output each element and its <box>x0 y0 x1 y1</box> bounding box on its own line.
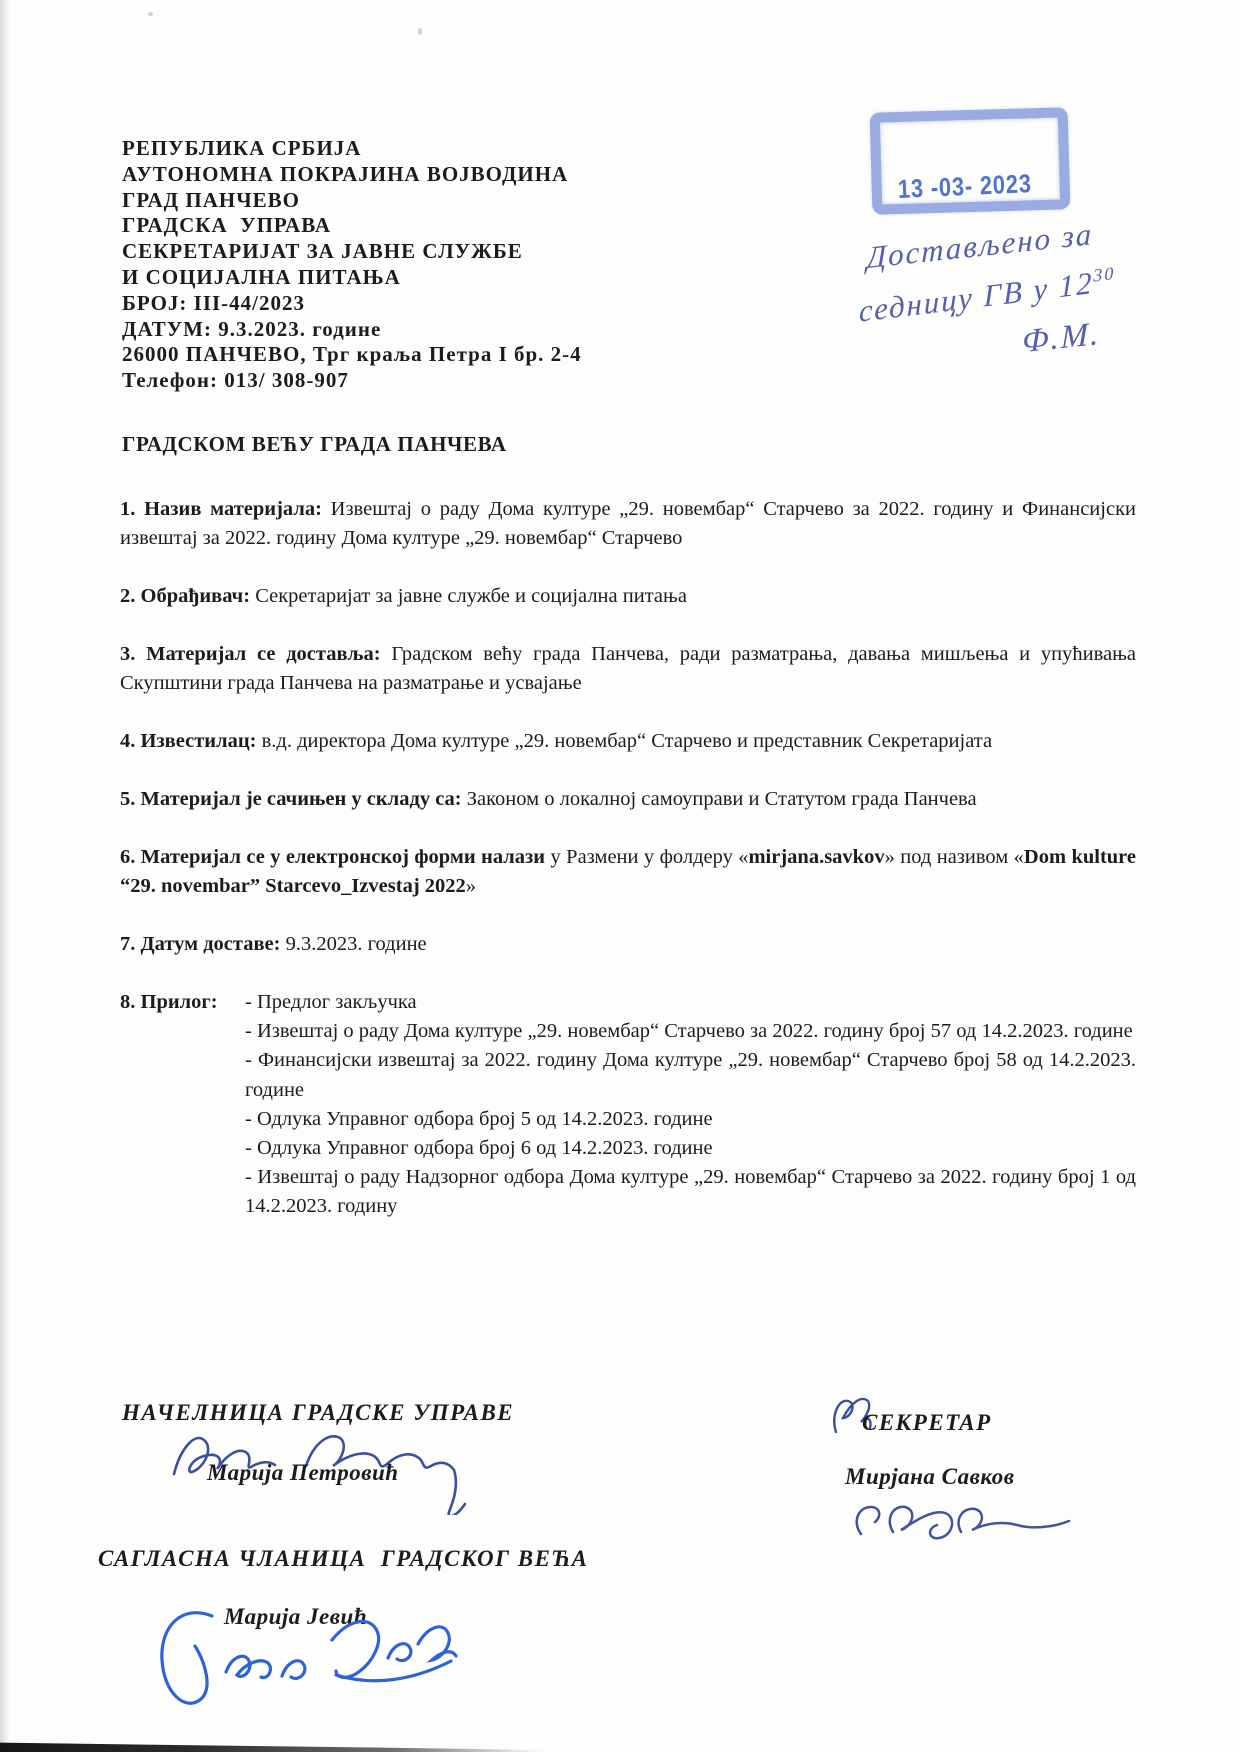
letterhead-line-secretariat: СЕКРЕТАРИЈАТ ЗА ЈАВНЕ СЛУЖБЕ <box>122 239 582 265</box>
section-4-text: в.д. директора Дома културе „29. новемба… <box>256 730 992 752</box>
section-5: 5. Материјал је сачињен у складу са: Зак… <box>120 785 1136 814</box>
attachment-item: - Извештај о раду Дома културе „29. нове… <box>245 1017 1136 1046</box>
letterhead-line-address: 26000 ПАНЧЕВО, Трг краља Петра I бр. 2-4 <box>122 342 582 368</box>
jevic-signature <box>150 1600 460 1718</box>
letterhead-line-republic: РЕПУБЛИКА СРБИЈА <box>122 136 582 162</box>
section-4-label: 4. Известилац: <box>120 730 256 752</box>
letterhead-line-secretariat2: И СОЦИЈАЛНА ПИТАЊА <box>122 265 582 291</box>
section-6: 6. Материјал се у електронској форми нал… <box>120 843 1136 901</box>
section-6-text-b: » под називом « <box>885 846 1024 868</box>
letterhead: РЕПУБЛИКА СРБИЈА АУТОНОМНА ПОКРАЈИНА ВОЈ… <box>122 136 582 394</box>
section-7-text: 9.3.2023. године <box>280 933 426 955</box>
document-body: 1. Назив материјала: Извештај о раду Дом… <box>120 495 1136 1222</box>
section-2: 2. Обрађивач: Секретаријат за јавне служ… <box>120 582 1136 611</box>
section-7-label: 7. Датум доставе: <box>120 933 280 955</box>
scan-speck <box>148 12 153 16</box>
section-6-folder-name: mirjana.savkov <box>748 846 884 868</box>
section-6-label: 6. Материјал се у електронској форми нал… <box>120 846 545 868</box>
attachment-item: - Финансијски извештај за 2022. годину Д… <box>245 1046 1136 1104</box>
letterhead-line-province: АУТОНОМНА ПОКРАЈИНА ВОЈВОДИНА <box>122 162 582 188</box>
attachment-item: - Извештај о раду Надзорног одбора Дома … <box>245 1163 1136 1221</box>
handwritten-note-initials: Ф.М. <box>1022 316 1100 361</box>
received-date-stamp: 13 -03- 2023 <box>870 107 1071 214</box>
attachment-item: - Одлука Управног одбора број 6 од 14.2.… <box>245 1134 1136 1163</box>
savkov-signature <box>845 1494 1080 1549</box>
letterhead-line-admin: ГРАДСКА УПРАВА <box>122 213 582 239</box>
section-1: 1. Назив материјала: Извештај о раду Дом… <box>120 495 1136 553</box>
handwritten-note-line1: Достављено за <box>867 216 1094 276</box>
attachment-item: - Предлог закључка <box>245 988 1136 1017</box>
letterhead-line-city: ГРАД ПАНЧЕВО <box>122 188 582 214</box>
section-2-text: Секретаријат за јавне службе и социјална… <box>250 585 687 607</box>
scan-edge-shadow <box>0 0 10 1752</box>
section-4: 4. Известилац: в.д. директора Дома култу… <box>120 727 1136 756</box>
attachment-item: - Одлука Управног одбора број 5 од 14.2.… <box>245 1105 1136 1134</box>
signature-name-savkov: Мирјана Савков <box>845 1464 1014 1490</box>
attachments-list: - Предлог закључка - Извештај о раду Дом… <box>245 988 1136 1222</box>
section-3-label: 3. Материјал се доставља: <box>120 643 381 665</box>
section-3: 3. Материјал се доставља: Градском већу … <box>120 640 1136 698</box>
addressee-line: ГРАДСКОМ ВЕЋУ ГРАДА ПАНЧЕВА <box>122 432 507 457</box>
section-1-label: 1. Назив материјала: <box>120 498 322 520</box>
letterhead-line-date: ДАТУМ: 9.3.2023. године <box>122 317 582 343</box>
note-time-superscript: 30 <box>1093 263 1115 286</box>
signature-title-council-member: САГЛАСНА ЧЛАНИЦА ГРАДСКОГ ВЕЋА <box>98 1546 588 1572</box>
letterhead-line-phone: Телефон: 013/ 308-907 <box>122 368 582 394</box>
stamp-date: 13 -03- 2023 <box>897 168 1032 205</box>
section-5-label: 5. Материјал је сачињен у складу са: <box>120 788 462 810</box>
section-5-text: Законом о локалној самоуправи и Статутом… <box>462 788 977 810</box>
scanned-document-page: РЕПУБЛИКА СРБИЈА АУТОНОМНА ПОКРАЈИНА ВОЈ… <box>0 0 1240 1752</box>
scan-edge-artifact <box>0 1741 560 1752</box>
section-6-text-c: » <box>466 875 476 897</box>
letterhead-line-number: БРОЈ: III-44/2023 <box>122 291 582 317</box>
signature-name-petrovic: Марија Петровић <box>207 1460 399 1486</box>
section-6-text-a: у Размени у фолдеру « <box>545 846 748 868</box>
section-8-attachments: 8. Прилог: - Предлог закључка - Извештај… <box>120 988 1136 1222</box>
signature-title-secretary: СЕКРЕТАР <box>862 1410 992 1436</box>
section-7: 7. Датум доставе: 9.3.2023. године <box>120 930 1136 959</box>
attachments-label: 8. Прилог: <box>120 988 245 1222</box>
scan-speck <box>418 28 422 35</box>
section-2-label: 2. Обрађивач: <box>120 585 250 607</box>
